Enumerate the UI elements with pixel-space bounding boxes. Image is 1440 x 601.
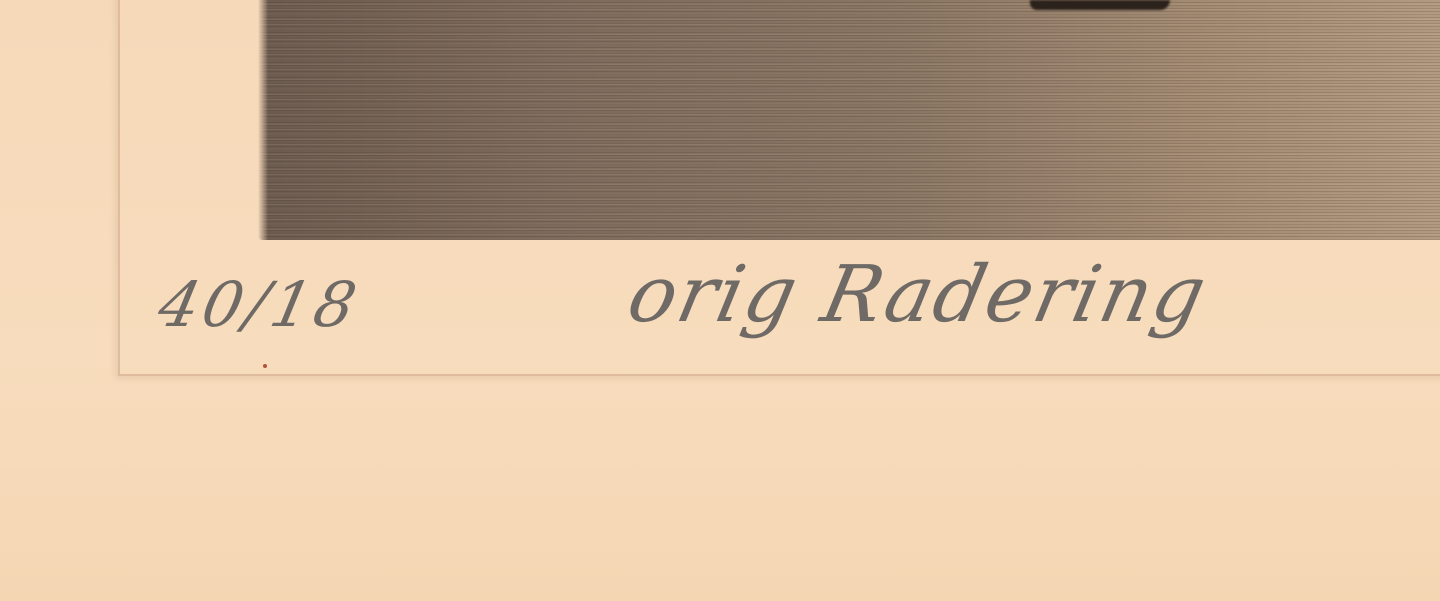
dark-ink-detail xyxy=(1030,0,1170,10)
etched-image-area xyxy=(258,0,1440,240)
paper-background: 40/18 orig Radering xyxy=(0,0,1440,601)
edition-number: 40/18 xyxy=(152,268,366,341)
paper-speck xyxy=(263,364,267,368)
pencil-inscription: orig Radering xyxy=(620,250,1215,340)
